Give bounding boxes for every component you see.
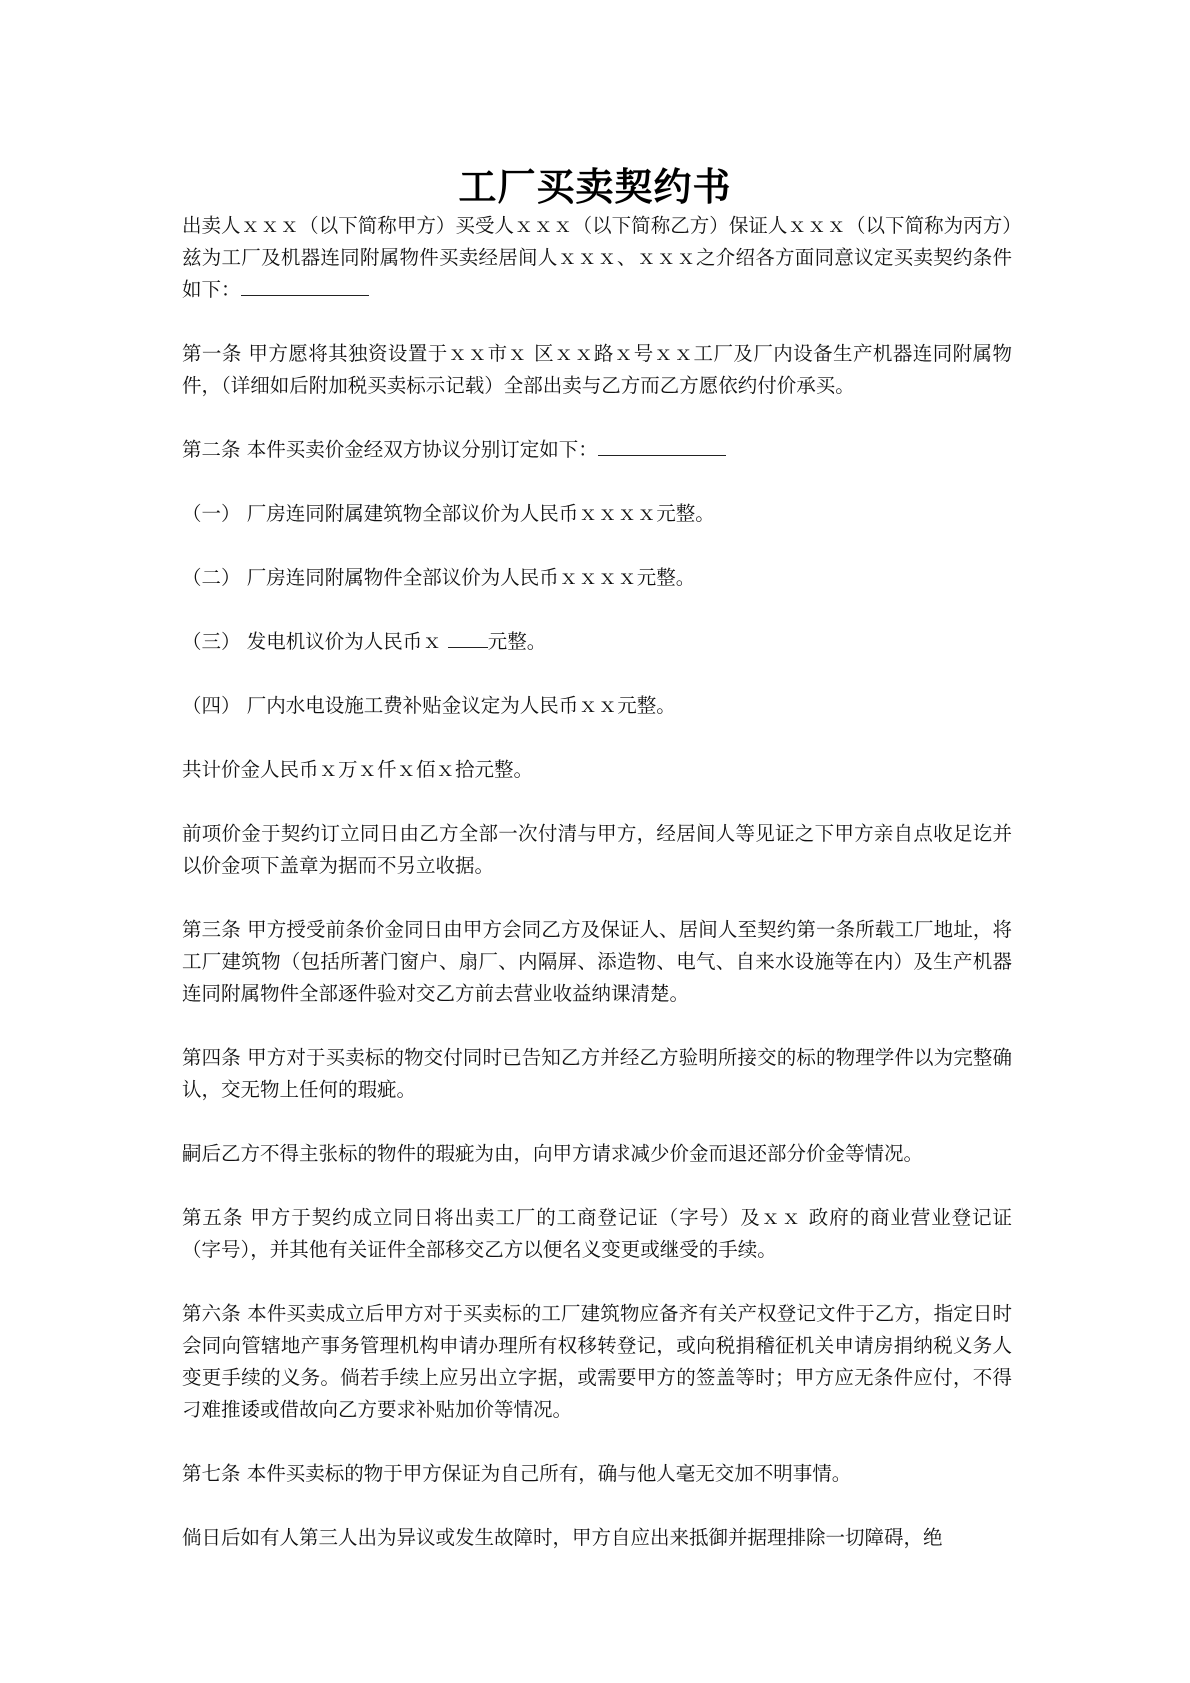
article-6: 第六条 本件买卖成立后甲方对于买卖标的工厂建筑物应备齐有关产权登记文件于乙方，指… [182, 1298, 1012, 1426]
price-item-text-after: 元整。 [488, 630, 547, 653]
article-4-continued: 嗣后乙方不得主张标的物件的瑕疵为由，向甲方请求减少价金而退还部分价金等情况。 [182, 1138, 1012, 1170]
article-7-continued: 倘日后如有人第三人出为异议或发生故障时，甲方自应出来抵御并据理排除一切障碍，绝 [182, 1522, 1012, 1554]
price-item-label: （三） [182, 630, 241, 653]
fill-in-blank [241, 275, 369, 296]
price-item-3: （三） 发电机议价为人民币ｘ元整。 [182, 626, 1012, 658]
price-item-text: 发电机议价为人民币ｘ [247, 630, 442, 653]
fill-in-blank [598, 435, 726, 456]
intro-paragraph: 出卖人ｘｘｘ（以下简称甲方）买受人ｘｘｘ（以下简称乙方）保证人ｘｘｘ（以下简称为… [182, 210, 1012, 306]
article-4: 第四条 甲方对于买卖标的物交付同时已告知乙方并经乙方验明所接交的标的物理学件以为… [182, 1042, 1012, 1106]
article-2: 第二条 本件买卖价金经双方协议分别订定如下： [182, 434, 1012, 466]
price-item-1: （一） 厂房连同附属建筑物全部议价为人民币ｘｘｘｘ元整。 [182, 498, 1012, 530]
price-item-label: （二） [182, 566, 241, 589]
total-price: 共计价金人民币ｘ万ｘ仟ｘ佰ｘ拾元整。 [182, 754, 1012, 786]
article-1: 第一条 甲方愿将其独资设置于ｘｘ市ｘ 区ｘｘ路ｘ号ｘｘ工厂及厂内设备生产机器连同… [182, 338, 1012, 402]
document-body: 出卖人ｘｘｘ（以下简称甲方）买受人ｘｘｘ（以下简称乙方）保证人ｘｘｘ（以下简称为… [182, 210, 1012, 1554]
price-item-2: （二） 厂房连同附属物件全部议价为人民币ｘｘｘｘ元整。 [182, 562, 1012, 594]
article-3: 第三条 甲方授受前条价金同日由甲方会同乙方及保证人、居间人至契约第一条所载工厂地… [182, 914, 1012, 1010]
price-item-label: （一） [182, 502, 241, 525]
price-item-4: （四） 厂内水电设施工费补贴金议定为人民币ｘｘ元整。 [182, 690, 1012, 722]
article-5: 第五条 甲方于契约成立同日将出卖工厂的工商登记证（字号）及ｘｘ 政府的商业营业登… [182, 1202, 1012, 1266]
price-item-text: 厂内水电设施工费补贴金议定为人民币ｘｘ元整。 [247, 694, 676, 717]
fill-in-blank [448, 627, 488, 648]
price-item-label: （四） [182, 694, 241, 717]
price-item-text: 厂房连同附属物件全部议价为人民币ｘｘｘｘ元整。 [247, 566, 696, 589]
payment-clause: 前项价金于契约订立同日由乙方全部一次付清与甲方，经居间人等见证之下甲方亲自点收足… [182, 818, 1012, 882]
document-page: 工厂买卖契约书 出卖人ｘｘｘ（以下简称甲方）买受人ｘｘｘ（以下简称乙方）保证人ｘ… [0, 0, 1190, 1683]
price-item-text: 厂房连同附属建筑物全部议价为人民币ｘｘｘｘ元整。 [247, 502, 715, 525]
document-title: 工厂买卖契约书 [0, 163, 1190, 211]
article-2-text: 第二条 本件买卖价金经双方协议分别订定如下： [182, 438, 598, 461]
article-7: 第七条 本件买卖标的物于甲方保证为自己所有，确与他人毫无交加不明事情。 [182, 1458, 1012, 1490]
